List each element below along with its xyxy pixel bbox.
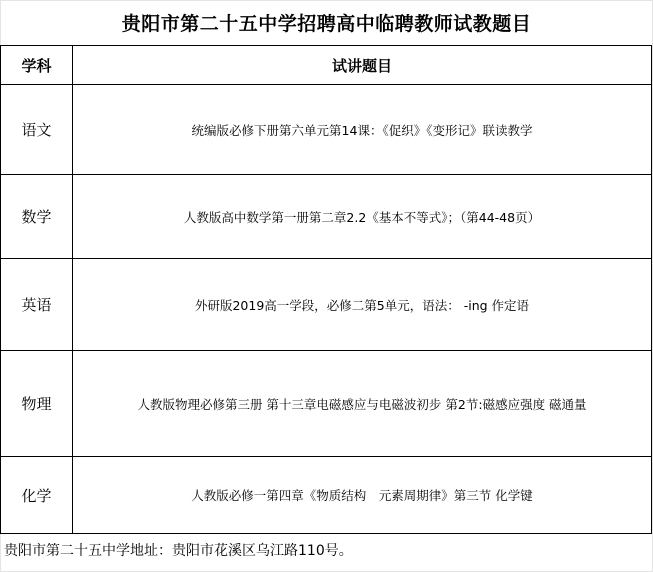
table-row: 数学 人教版高中数学第一册第二章2.2《基本不等式》；（第44-48页） <box>1 175 652 259</box>
topic-cell: 外研版2019高一学段，必修二第5单元，语法： -ing 作定语 <box>73 259 652 351</box>
subject-cell: 数学 <box>1 175 73 259</box>
topic-cell: 人教版必修一第四章《物质结构 元素周期律》第三节 化学键 <box>73 457 652 534</box>
table-header-row: 学科 试讲题目 <box>1 46 652 85</box>
subject-cell: 物理 <box>1 351 73 457</box>
table-row: 语文 统编版必修下册第六单元第14课：《促织》《变形记》联读教学 <box>1 85 652 175</box>
trial-topics-table: 学科 试讲题目 语文 统编版必修下册第六单元第14课：《促织》《变形记》联读教学… <box>0 45 652 534</box>
table-row: 化学 人教版必修一第四章《物质结构 元素周期律》第三节 化学键 <box>1 457 652 534</box>
subject-cell: 语文 <box>1 85 73 175</box>
header-subject: 学科 <box>1 46 73 85</box>
page-title: 贵阳市第二十五中学招聘高中临聘教师试教题目 <box>0 0 653 45</box>
school-address: 贵阳市第二十五中学地址：贵阳市花溪区乌江路110号。 <box>4 540 353 560</box>
header-topic: 试讲题目 <box>73 46 652 85</box>
subject-cell: 化学 <box>1 457 73 534</box>
topic-cell: 统编版必修下册第六单元第14课：《促织》《变形记》联读教学 <box>73 85 652 175</box>
topic-cell: 人教版物理必修第三册 第十三章电磁感应与电磁波初步 第2节:磁感应强度 磁通量 <box>73 351 652 457</box>
table-row: 英语 外研版2019高一学段，必修二第5单元，语法： -ing 作定语 <box>1 259 652 351</box>
topic-cell: 人教版高中数学第一册第二章2.2《基本不等式》；（第44-48页） <box>73 175 652 259</box>
subject-cell: 英语 <box>1 259 73 351</box>
table-row: 物理 人教版物理必修第三册 第十三章电磁感应与电磁波初步 第2节:磁感应强度 磁… <box>1 351 652 457</box>
